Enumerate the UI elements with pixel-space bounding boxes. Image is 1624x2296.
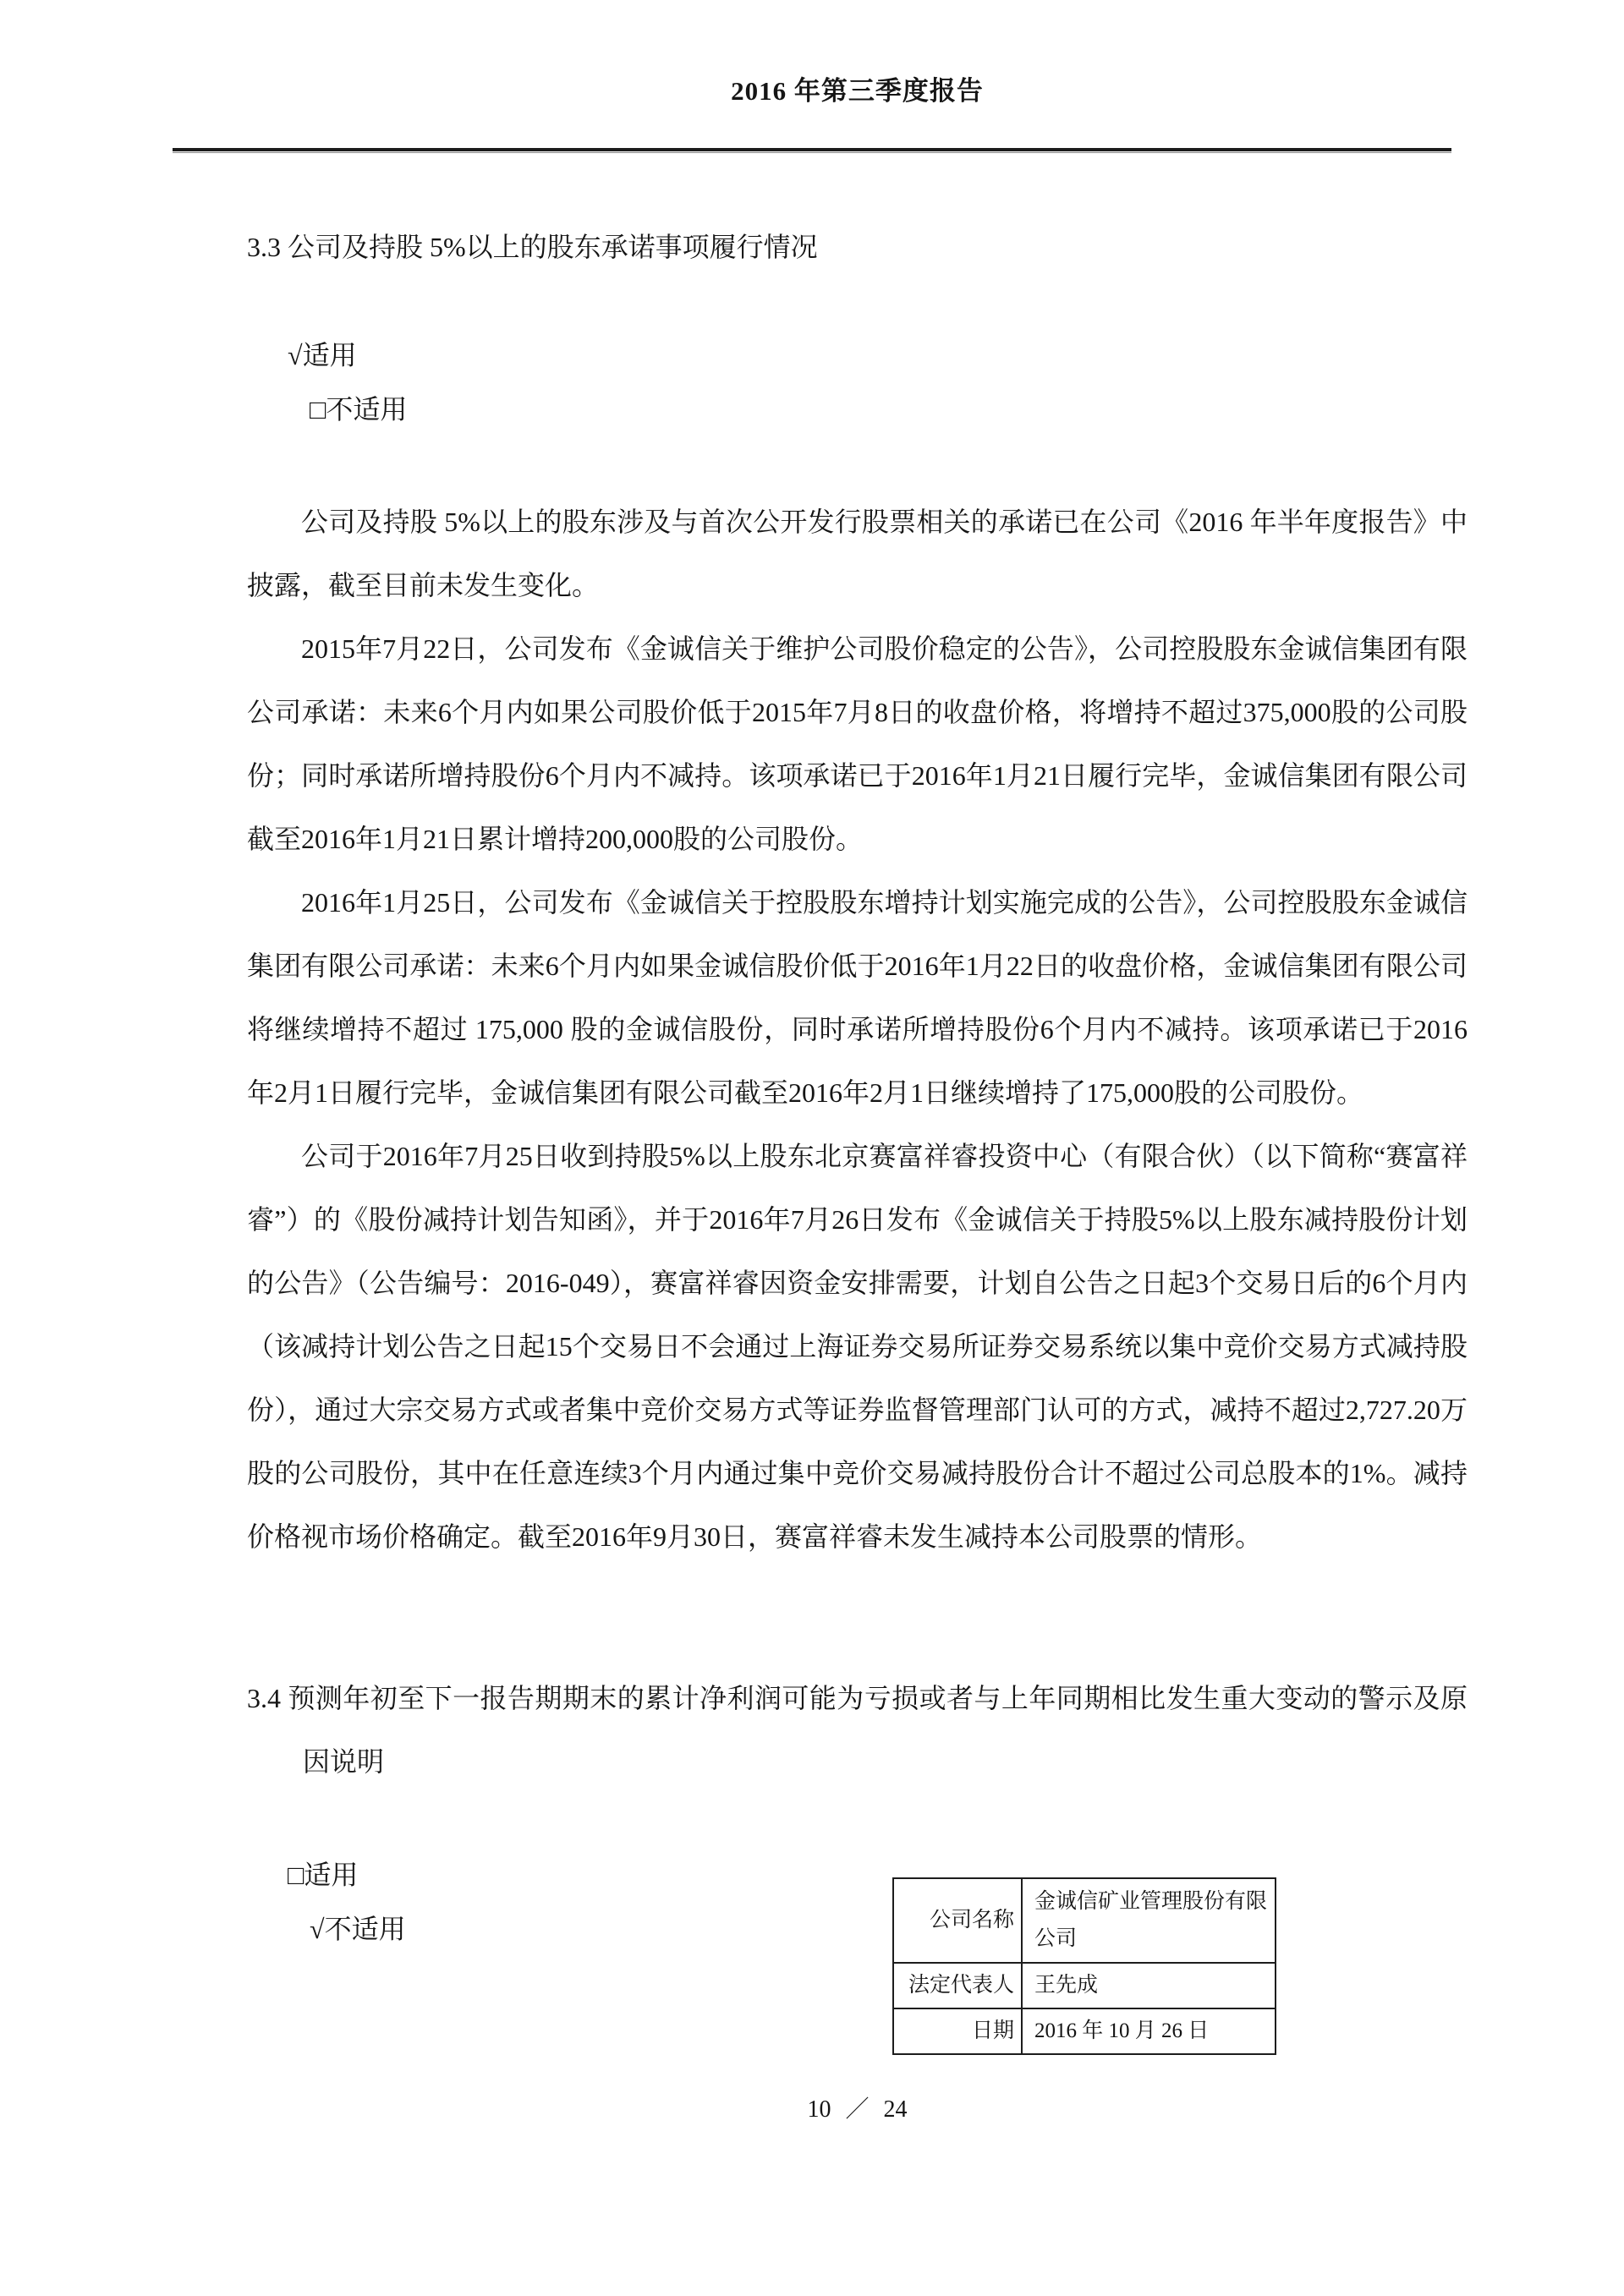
section-3-4-heading: 3.4 预测年初至下一报告期期末的累计净利润可能为亏损或者与上年同期相比发生重大… xyxy=(247,1667,1468,1794)
date-value: 2016 年 10 月 26 日 xyxy=(1022,2008,1276,2054)
company-name-value: 金诚信矿业管理股份有限公司 xyxy=(1022,1878,1276,1963)
legal-representative-value: 王先成 xyxy=(1022,1963,1276,2008)
date-label: 日期 xyxy=(893,2008,1022,2054)
applicable-option-unchecked: □适用 xyxy=(288,1860,358,1890)
header-divider-rule xyxy=(173,148,1451,153)
paragraph-ipo-commitment: 公司及持股 5%以上的股东涉及与首次公开发行股票相关的承诺已在公司《2016 年… xyxy=(247,490,1468,617)
table-row-legal-representative: 法定代表人 王先成 xyxy=(893,1963,1276,2008)
paragraph-saifu-share-reduction-plan: 公司于2016年7月25日收到持股5%以上股东北京赛富祥睿投资中心（有限合伙）（… xyxy=(247,1125,1468,1569)
not-applicable-option-checked: √不适用 xyxy=(310,1914,406,1944)
report-header-title: 2016 年第三季度报告 xyxy=(247,69,1468,107)
paragraph-2016-holding-increase-commitment: 2016年1月25日，公司发布《金诚信关于控股股东增持计划实施完成的公告》，公司… xyxy=(247,871,1468,1125)
report-page: 2016 年第三季度报告 3.3 公司及持股 5%以上的股东承诺事项履行情况 √… xyxy=(0,0,1624,2296)
section-3-3-heading: 3.3 公司及持股 5%以上的股东承诺事项履行情况 xyxy=(247,220,1468,274)
signature-table: 公司名称 金诚信矿业管理股份有限公司 法定代表人 王先成 日期 2016 年 1… xyxy=(892,1877,1276,2055)
not-applicable-option-unchecked: □不适用 xyxy=(310,394,407,425)
page-number: 10 ／ 24 xyxy=(247,2091,1468,2124)
company-name-label: 公司名称 xyxy=(893,1878,1022,1963)
table-row-date: 日期 2016 年 10 月 26 日 xyxy=(893,2008,1276,2054)
section-3-4-applicability: □适用 √不适用 xyxy=(247,1794,1468,2010)
section-3-3-applicability: √适用 □不适用 xyxy=(247,274,1468,490)
report-body: 3.3 公司及持股 5%以上的股东承诺事项履行情况 √适用 □不适用 公司及持股… xyxy=(247,220,1468,2010)
table-row-company-name: 公司名称 金诚信矿业管理股份有限公司 xyxy=(893,1878,1276,1963)
paragraph-2015-price-stability-commitment: 2015年7月22日，公司发布《金诚信关于维护公司股价稳定的公告》，公司控股股东… xyxy=(247,617,1468,871)
applicable-option-checked: √适用 xyxy=(288,340,357,370)
legal-representative-label: 法定代表人 xyxy=(893,1963,1022,2008)
